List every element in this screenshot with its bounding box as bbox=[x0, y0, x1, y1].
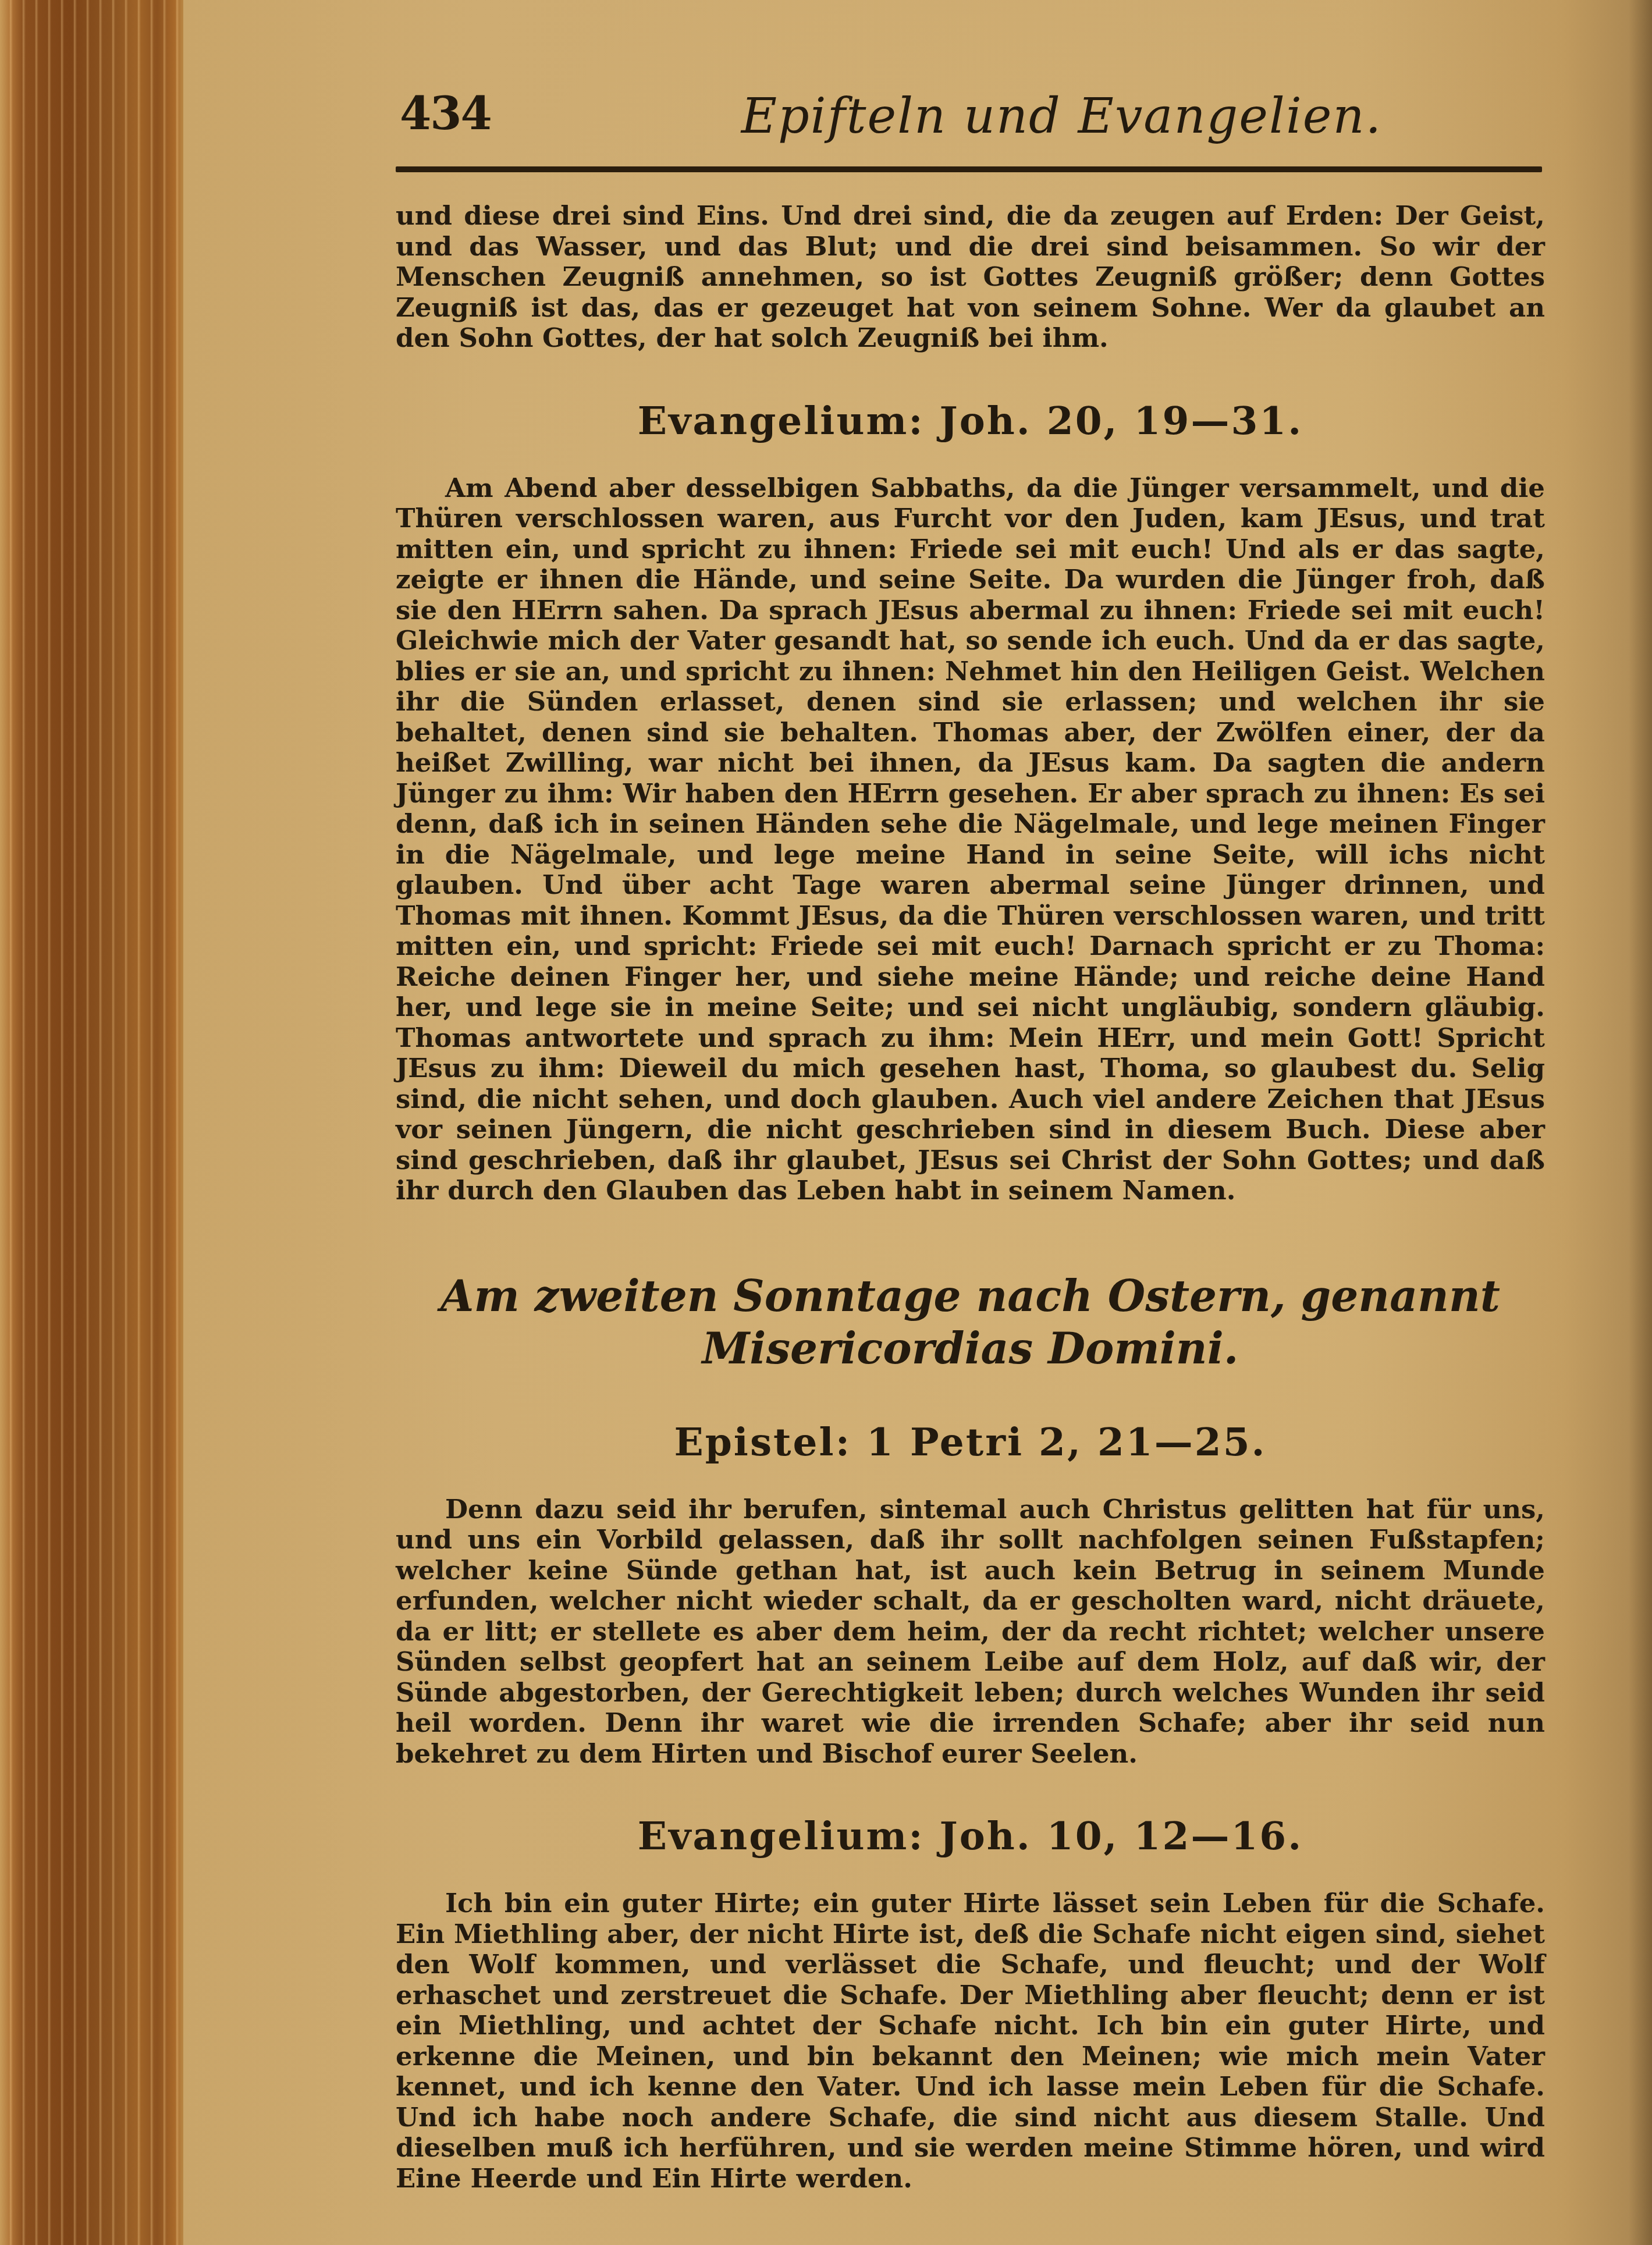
reading-heading-gospel-john-20: Evangelium: Joh. 20, 19—31. bbox=[396, 397, 1545, 444]
spacer bbox=[396, 1465, 1545, 1494]
spacer bbox=[396, 1859, 1545, 1888]
book-page-edges bbox=[0, 0, 183, 2245]
sunday-title: Am zweiten Sonntage nach Ostern, genannt… bbox=[396, 1270, 1545, 1375]
page-gutter-shadow bbox=[1629, 0, 1652, 2245]
running-title: Epifteln und Evangelien. bbox=[365, 87, 1652, 144]
reading-paragraph: Denn dazu seid ihr berufen, sintemal auc… bbox=[396, 1494, 1545, 1770]
continuation-paragraph: und diese drei sind Eins. Und drei sind,… bbox=[396, 201, 1545, 354]
header-rule bbox=[396, 166, 1542, 172]
spacer bbox=[396, 354, 1545, 397]
reading-heading-epistle-1-peter: Epistel: 1 Petri 2, 21—25. bbox=[396, 1419, 1545, 1465]
spacer bbox=[396, 444, 1545, 473]
page-content: und diese drei sind Eins. Und drei sind,… bbox=[396, 201, 1545, 2194]
spacer bbox=[396, 1375, 1545, 1419]
reading-heading-gospel-john-10: Evangelium: Joh. 10, 12—16. bbox=[396, 1813, 1545, 1859]
reading-paragraph: Am Abend aber desselbigen Sabbaths, da d… bbox=[396, 473, 1545, 1206]
page-header: 434 Epifteln und Evangelien. bbox=[400, 87, 1652, 157]
reading-paragraph: Ich bin ein guter Hirte; ein guter Hirte… bbox=[396, 1888, 1545, 2194]
spacer bbox=[396, 1769, 1545, 1813]
spacer bbox=[396, 1206, 1545, 1270]
